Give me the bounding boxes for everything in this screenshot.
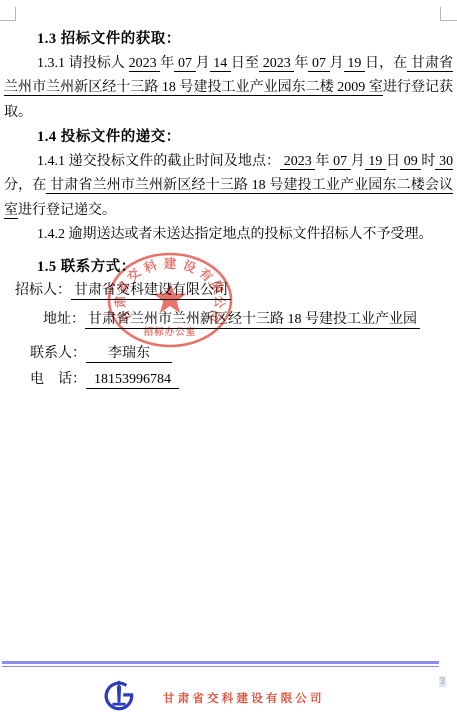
page-number: 3 [439, 676, 446, 687]
document-body: 1.3 招标文件的获取： 1.3.1 请投标人 2023 年 07 月 14 日… [4, 27, 453, 392]
address-row: 地址：甘肃省兰州市兰州新区经十三路 18 号建投工业产业园 [43, 308, 453, 333]
underlined-field: 30 [435, 154, 453, 170]
text-run: 分，在 [4, 178, 46, 193]
text-run: 1.4.2 逾期送达或者未送达指定地点的投标文件招标人不予受理。 [37, 227, 433, 242]
section-1-3-heading: 1.3 招标文件的获取： [4, 27, 453, 52]
text-run: 月 [196, 56, 210, 71]
footer-divider-double-line [2, 661, 439, 667]
text-run: 进行登记递交。 [18, 203, 116, 218]
contact-person-value: 李瑞东 [86, 346, 172, 363]
text-run: 日至 [231, 56, 259, 71]
text-run: 年 [315, 154, 329, 169]
phone-value: 18153996784 [86, 372, 179, 389]
underlined-field: 09 [400, 154, 421, 170]
address-label: 地址： [43, 312, 85, 327]
tenderer-value: 甘肃省交科建设有限公司 [71, 283, 231, 300]
underlined-field: 19 [365, 154, 386, 170]
section-1-5-heading: 1.5 联系方式： [4, 255, 453, 280]
text-boundary-corner-top-left [0, 7, 16, 21]
phone-row: 电 话：18153996784 [30, 368, 453, 393]
company-logo-icon [102, 679, 136, 713]
text-run: 1.3.1 请投标人 [37, 56, 129, 71]
phone-label: 电 话： [30, 372, 86, 387]
contact-person-row: 联系人：李瑞东 [30, 342, 453, 367]
contact-person-label: 联系人： [30, 346, 86, 361]
document-page: 1.3 招标文件的获取： 1.3.1 请投标人 2023 年 07 月 14 日… [0, 0, 457, 725]
text-run: 时 [421, 154, 435, 169]
underlined-field: 07 [329, 154, 350, 170]
text-run: 月 [330, 56, 344, 71]
text-run: 月 [351, 154, 365, 169]
tenderer-row: 招标人：甘肃省交科建设有限公司 [15, 279, 453, 304]
text-run: 日，在 [365, 56, 407, 71]
underlined-field: 2023 [129, 56, 161, 72]
underlined-field: 2023 [259, 56, 294, 72]
underlined-field: 07 [174, 56, 195, 72]
paragraph-1-4-2: 1.4.2 逾期送达或者未送达指定地点的投标文件招标人不予受理。 [4, 223, 453, 248]
underlined-field: 14 [210, 56, 231, 72]
section-1-4-heading: 1.4 投标文件的递交： [4, 125, 453, 150]
underlined-field: 2023 [280, 154, 315, 170]
underlined-field: 07 [308, 56, 329, 72]
paragraph-1-4-1: 1.4.1 递交投标文件的截止时间及地点： 2023 年 07 月 19 日 0… [4, 150, 453, 224]
text-run: 日 [386, 154, 400, 169]
text-run: 1.4.1 递交投标文件的截止时间及地点： [37, 154, 280, 169]
tenderer-label: 招标人： [15, 283, 71, 298]
underlined-field: 19 [344, 56, 365, 72]
text-run: 年 [294, 56, 308, 71]
paragraph-1-3-1: 1.3.1 请投标人 2023 年 07 月 14 日至 2023 年 07 月… [4, 52, 453, 126]
footer-company-name: 甘肃省交科建设有限公司 [163, 690, 325, 706]
address-value: 甘肃省兰州市兰州新区经十三路 18 号建投工业产业园 [85, 312, 420, 329]
text-boundary-corner-top-right [440, 7, 457, 21]
text-run: 年 [160, 56, 174, 71]
